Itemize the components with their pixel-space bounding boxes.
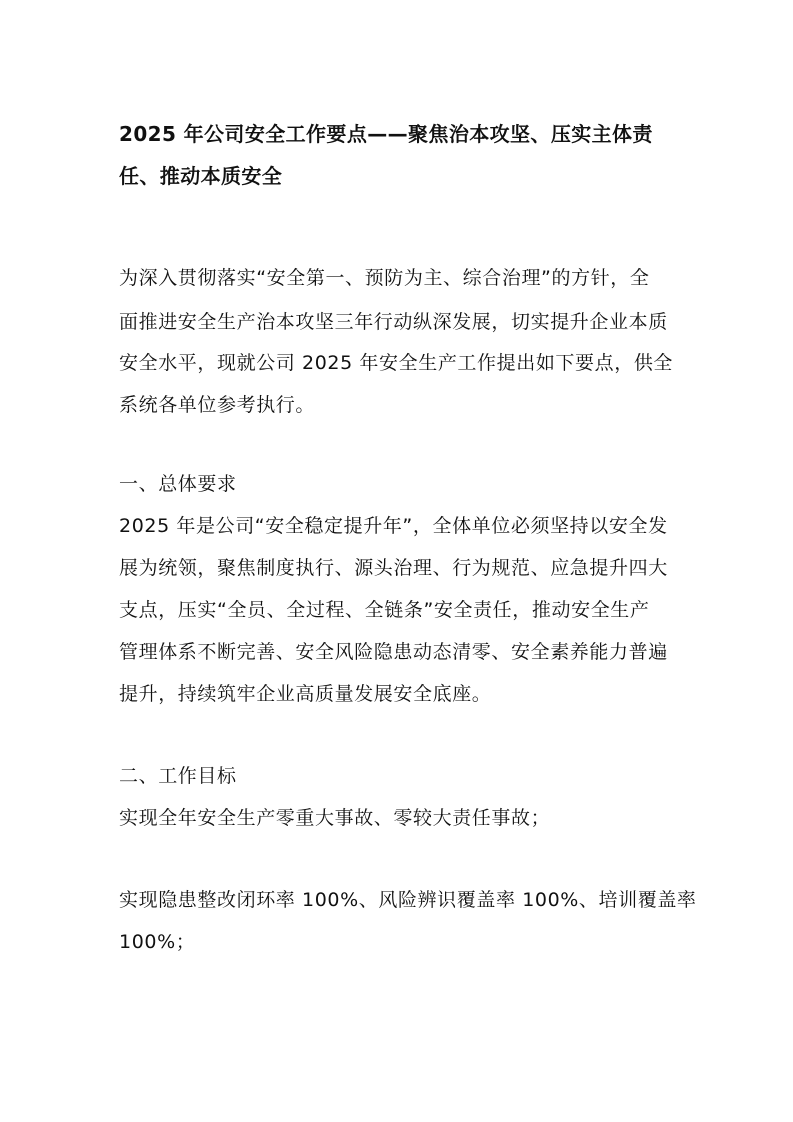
section1-line-1: 2025 年是公司“安全稳定提升年”，全体单位必须坚持以安全发	[119, 514, 668, 538]
section2-goal-2-line-2: 100%；	[119, 930, 195, 954]
section1-line-4: 管理体系不断完善、安全风险隐患动态清零、安全素养能力普遍	[119, 640, 668, 664]
section1-line-2: 展为统领，聚焦制度执行、源头治理、行为规范、应急提升四大	[119, 556, 668, 580]
document-title-line-1: 2025 年公司安全工作要点——聚焦治本攻坚、压实主体责	[119, 122, 653, 146]
intro-line-1: 为深入贯彻落实“安全第一、预防为主、综合治理”的方针，全	[119, 266, 650, 290]
section2-goal-2-line-1: 实现隐患整改闭环率 100%、风险辨识覆盖率 100%、培训覆盖率	[119, 888, 697, 912]
section1-line-3: 支点，压实“全员、全过程、全链条”安全责任，推动安全生产	[119, 598, 650, 622]
intro-line-3: 安全水平，现就公司 2025 年安全生产工作提出如下要点，供全	[119, 351, 673, 375]
section2-heading: 二、工作目标	[119, 764, 237, 788]
intro-line-2: 面推进安全生产治本攻坚三年行动纵深发展，切实提升企业本质	[119, 310, 668, 334]
section1-line-5: 提升，持续筑牢企业高质量发展安全底座。	[119, 682, 491, 706]
document-title-line-2: 任、推动本质安全	[119, 164, 282, 188]
section1-heading: 一、总体要求	[119, 472, 237, 496]
section2-goal-1: 实现全年安全生产零重大事故、零较大责任事故；	[119, 806, 550, 830]
intro-line-4: 系统各单位参考执行。	[119, 393, 315, 417]
